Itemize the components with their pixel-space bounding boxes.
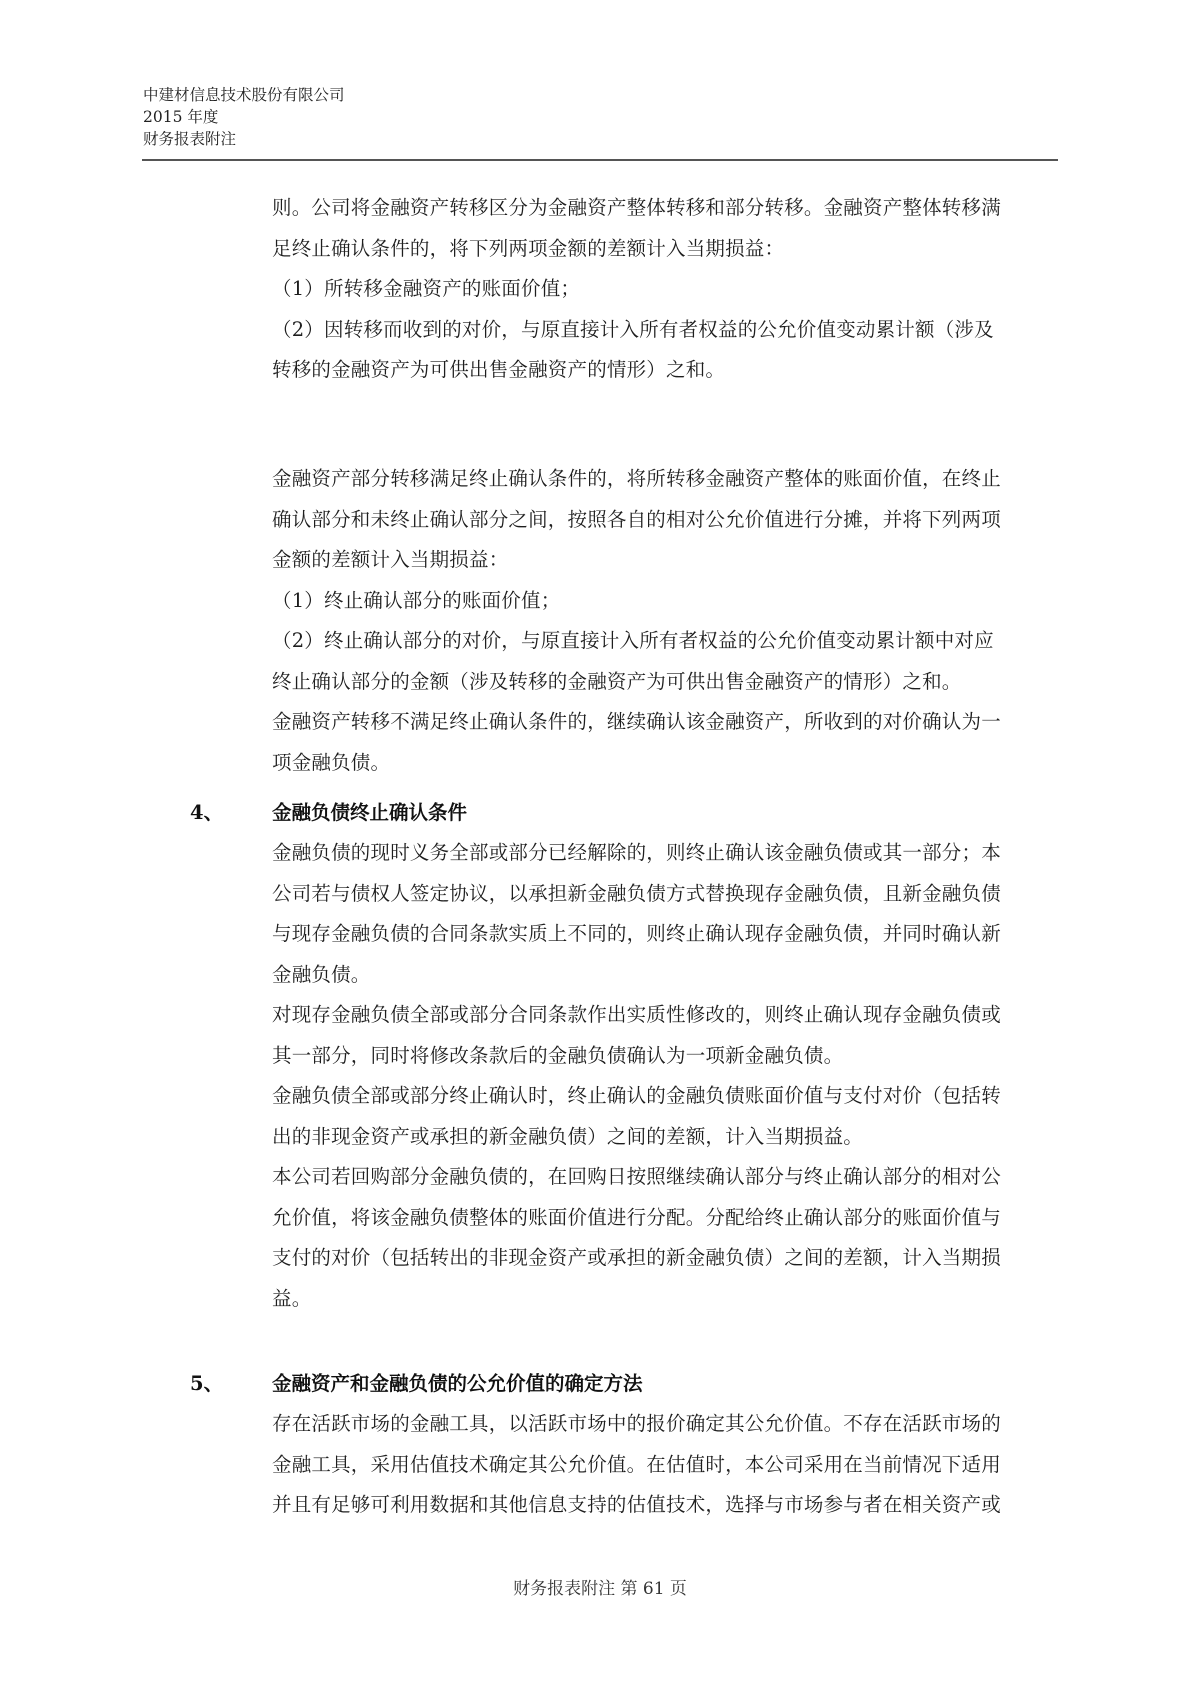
text-line: 支付的对价（包括转出的非现金资产或承担的新金融负债）之间的差额，计入当期损 — [272, 1238, 1058, 1279]
text-line: 确认部分和未终止确认部分之间，按照各自的相对公允价值进行分摊，并将下列两项 — [272, 500, 1058, 541]
text-line: （2）因转移而收到的对价，与原直接计入所有者权益的公允价值变动累计额（涉及 — [272, 310, 1058, 351]
header-divider — [142, 159, 1058, 161]
text-line: 允价值，将该金融负债整体的账面价值进行分配。分配给终止确认部分的账面价值与 — [272, 1198, 1058, 1239]
text-line: 转移的金融资产为可供出售金融资产的情形）之和。 — [272, 350, 1058, 391]
section-heading: 5、 金融资产和金融负债的公允价值的确定方法 — [190, 1364, 1058, 1404]
text-line: 其一部分，同时将修改条款后的金融负债确认为一项新金融负债。 — [272, 1036, 1058, 1077]
section-heading: 4、 金融负债终止确认条件 — [190, 793, 1058, 833]
text-line: 则。公司将金融资产转移区分为金融资产整体转移和部分转移。金融资产整体转移满 — [272, 188, 1058, 229]
text-line: 金融负债。 — [272, 955, 1058, 996]
text-line: 出的非现金资产或承担的新金融负债）之间的差额，计入当期损益。 — [272, 1117, 1058, 1158]
section-number: 5、 — [190, 1364, 272, 1404]
company-name: 中建材信息技术股份有限公司 — [143, 84, 1058, 106]
text-line: 并且有足够可利用数据和其他信息支持的估值技术，选择与市场参与者在相关资产或 — [272, 1485, 1058, 1526]
section-title: 金融负债终止确认条件 — [272, 793, 467, 833]
text-line: 项金融负债。 — [272, 743, 1058, 784]
text-line: 金融负债的现时义务全部或部分已经解除的，则终止确认该金融负债或其一部分；本 — [272, 833, 1058, 874]
text-line: 金融工具，采用估值技术确定其公允价值。在估值时，本公司采用在当前情况下适用 — [272, 1445, 1058, 1486]
section-4: 4、 金融负债终止确认条件 金融负债的现时义务全部或部分已经解除的，则终止确认该… — [190, 793, 1058, 1319]
text-line: 存在活跃市场的金融工具，以活跃市场中的报价确定其公允价值。不存在活跃市场的 — [272, 1404, 1058, 1445]
text-line: 金融负债全部或部分终止确认时，终止确认的金融负债账面价值与支付对价（包括转 — [272, 1076, 1058, 1117]
section-number: 4、 — [190, 793, 272, 833]
paragraph-partial-transfer: 金融资产部分转移满足终止确认条件的，将所转移金融资产整体的账面价值，在终止 确认… — [272, 459, 1058, 783]
section-5: 5、 金融资产和金融负债的公允价值的确定方法 存在活跃市场的金融工具，以活跃市场… — [190, 1364, 1058, 1526]
paragraph-whole-transfer: 则。公司将金融资产转移区分为金融资产整体转移和部分转移。金融资产整体转移满 足终… — [272, 188, 1058, 391]
text-line: （2）终止确认部分的对价，与原直接计入所有者权益的公允价值变动累计额中对应 — [272, 621, 1058, 662]
report-year: 2015 年度 — [143, 106, 1058, 128]
text-line: 益。 — [272, 1279, 1058, 1320]
text-line: （1）所转移金融资产的账面价值； — [272, 269, 1058, 310]
section-body: 存在活跃市场的金融工具，以活跃市场中的报价确定其公允价值。不存在活跃市场的 金融… — [272, 1404, 1058, 1526]
text-line: 足终止确认条件的，将下列两项金额的差额计入当期损益： — [272, 229, 1058, 270]
page-footer: 财务报表附注 第 61 页 — [0, 1574, 1200, 1599]
section-body: 金融负债的现时义务全部或部分已经解除的，则终止确认该金融负债或其一部分；本 公司… — [272, 833, 1058, 1319]
text-line: 与现存金融负债的合同条款实质上不同的，则终止确认现存金融负债，并同时确认新 — [272, 914, 1058, 955]
document-title: 财务报表附注 — [143, 128, 1058, 150]
text-line: 金融资产部分转移满足终止确认条件的，将所转移金融资产整体的账面价值，在终止 — [272, 459, 1058, 500]
text-line: 本公司若回购部分金融负债的，在回购日按照继续确认部分与终止确认部分的相对公 — [272, 1157, 1058, 1198]
page-header: 中建材信息技术股份有限公司 2015 年度 财务报表附注 — [143, 84, 1058, 150]
text-line: 公司若与债权人签定协议，以承担新金融负债方式替换现存金融负债，且新金融负债 — [272, 874, 1058, 915]
text-line: 终止确认部分的金额（涉及转移的金融资产为可供出售金融资产的情形）之和。 — [272, 662, 1058, 703]
text-line: 金融资产转移不满足终止确认条件的，继续确认该金融资产，所收到的对价确认为一 — [272, 702, 1058, 743]
text-line: 对现存金融负债全部或部分合同条款作出实质性修改的，则终止确认现存金融负债或 — [272, 995, 1058, 1036]
section-title: 金融资产和金融负债的公允价值的确定方法 — [272, 1364, 643, 1404]
text-line: 金额的差额计入当期损益： — [272, 540, 1058, 581]
text-line: （1）终止确认部分的账面价值； — [272, 581, 1058, 622]
